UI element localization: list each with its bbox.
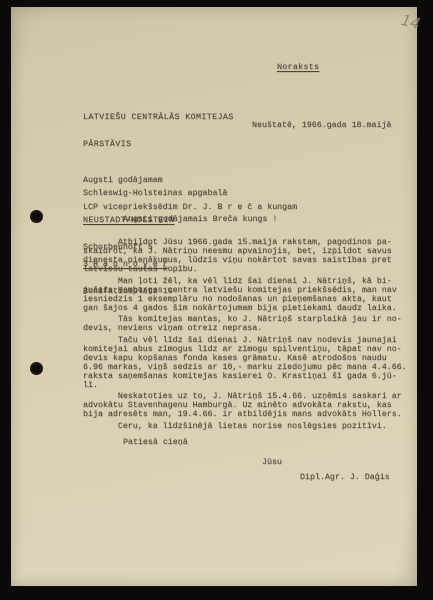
text-line: Man ļoti žēl, ka vēl līdz šai dienai J. … bbox=[83, 277, 407, 286]
sender-org-line1: LATVIEŠU CENTRĀLĀS KOMITEJAS bbox=[83, 113, 234, 122]
text-line: dienesta pienākumus, lūdzis viņu nokārto… bbox=[83, 256, 407, 265]
body-paragraph: Taču vēl līdz šai dienai J. Nātriņš nav … bbox=[83, 336, 407, 390]
closing-phrase: Patiesā cieņā bbox=[123, 438, 188, 447]
text-line: devis, neviens viņam otreiz neprasa. bbox=[83, 324, 407, 333]
dateline: Neuštatē, 1966.gada 18.maijā bbox=[252, 121, 391, 130]
sender-org-line2: PĀRSTĀVIS bbox=[83, 140, 234, 149]
punch-hole-bottom bbox=[30, 362, 43, 375]
recipient-name: LCP vicepriekšsēdim Dr. J. B r e č a kun… bbox=[83, 203, 297, 212]
letter-page: 14 Noraksts LATVIEŠU CENTRĀLĀS KOMITEJAS… bbox=[11, 7, 417, 586]
letter-body: Atbildot Jūsu 1966.gada 15.maija rakstam… bbox=[83, 238, 407, 433]
text-line: latviešu tautas kopību. bbox=[83, 265, 407, 274]
body-paragraph: Tās komitejas mantas, ko J. Nātriņš star… bbox=[83, 315, 407, 333]
text-line: 6.96 markas, viņš sedzis ar 10,- marku z… bbox=[83, 363, 407, 372]
body-paragraph: Man ļoti žēl, ka vēl līdz šai dienai J. … bbox=[83, 277, 407, 313]
body-paragraph: Atbildot Jūsu 1966.gada 15.maija rakstam… bbox=[83, 238, 407, 274]
text-line: iesniedzis 1 eksemplāru no nodošanas un … bbox=[83, 295, 407, 304]
scanned-letter-screenshot: { "colors": { "scan_background": "#0b0a0… bbox=[0, 0, 433, 600]
text-line: skaidrot, ka J. Nātriņu neesmu apvainoji… bbox=[83, 247, 407, 256]
text-line: devis kapu kopšanas fonda kases grāmatu.… bbox=[83, 354, 407, 363]
text-line: jušais Hamburgas centra latviešu komitej… bbox=[83, 286, 407, 295]
closing-yours: Jūsu bbox=[262, 458, 282, 467]
text-line: raksta saņemšanas komitejas kasierei O. … bbox=[83, 372, 407, 381]
text-line: gan šajos 4 gados šim nokārtojumam bija … bbox=[83, 304, 407, 313]
text-line: advokātu Stavenhagenu Hamburgā. Uz minēt… bbox=[83, 401, 407, 410]
text-line: Neskatoties uz to, J. Nātriņš 15.4.66. u… bbox=[83, 392, 407, 401]
text-line: Tās komitejas mantas, ko J. Nātriņš star… bbox=[83, 315, 407, 324]
text-line: Ceru, ka līdzšinējā lietas norise noslēg… bbox=[83, 422, 407, 431]
copy-label: Noraksts bbox=[277, 63, 319, 72]
punch-hole-top bbox=[30, 210, 43, 223]
text-line: lī. bbox=[83, 381, 407, 390]
signature-name: Dipl.Agr. J. Daģis bbox=[300, 473, 390, 482]
text-line: Atbildot Jūsu 1966.gada 15.maija rakstam… bbox=[83, 238, 407, 247]
text-line: komitejai abus zīmogus līdz ar zīmogu sp… bbox=[83, 345, 407, 354]
text-line: Taču vēl līdz šai dienai J. Nātriņš nav … bbox=[83, 336, 407, 345]
handwritten-page-number: 14 bbox=[399, 11, 422, 33]
text-line: bija adresēts man, 19.4.66. ir atbildēji… bbox=[83, 410, 407, 419]
recipient-honorific: Augsti godājamam bbox=[83, 176, 297, 185]
body-paragraph: Ceru, ka līdzšinējā lietas norise noslēg… bbox=[83, 422, 407, 431]
salutation: Augsti godājamais Breča kungs ! bbox=[123, 215, 277, 224]
body-paragraph: Neskatoties uz to, J. Nātriņš 15.4.66. u… bbox=[83, 392, 407, 419]
